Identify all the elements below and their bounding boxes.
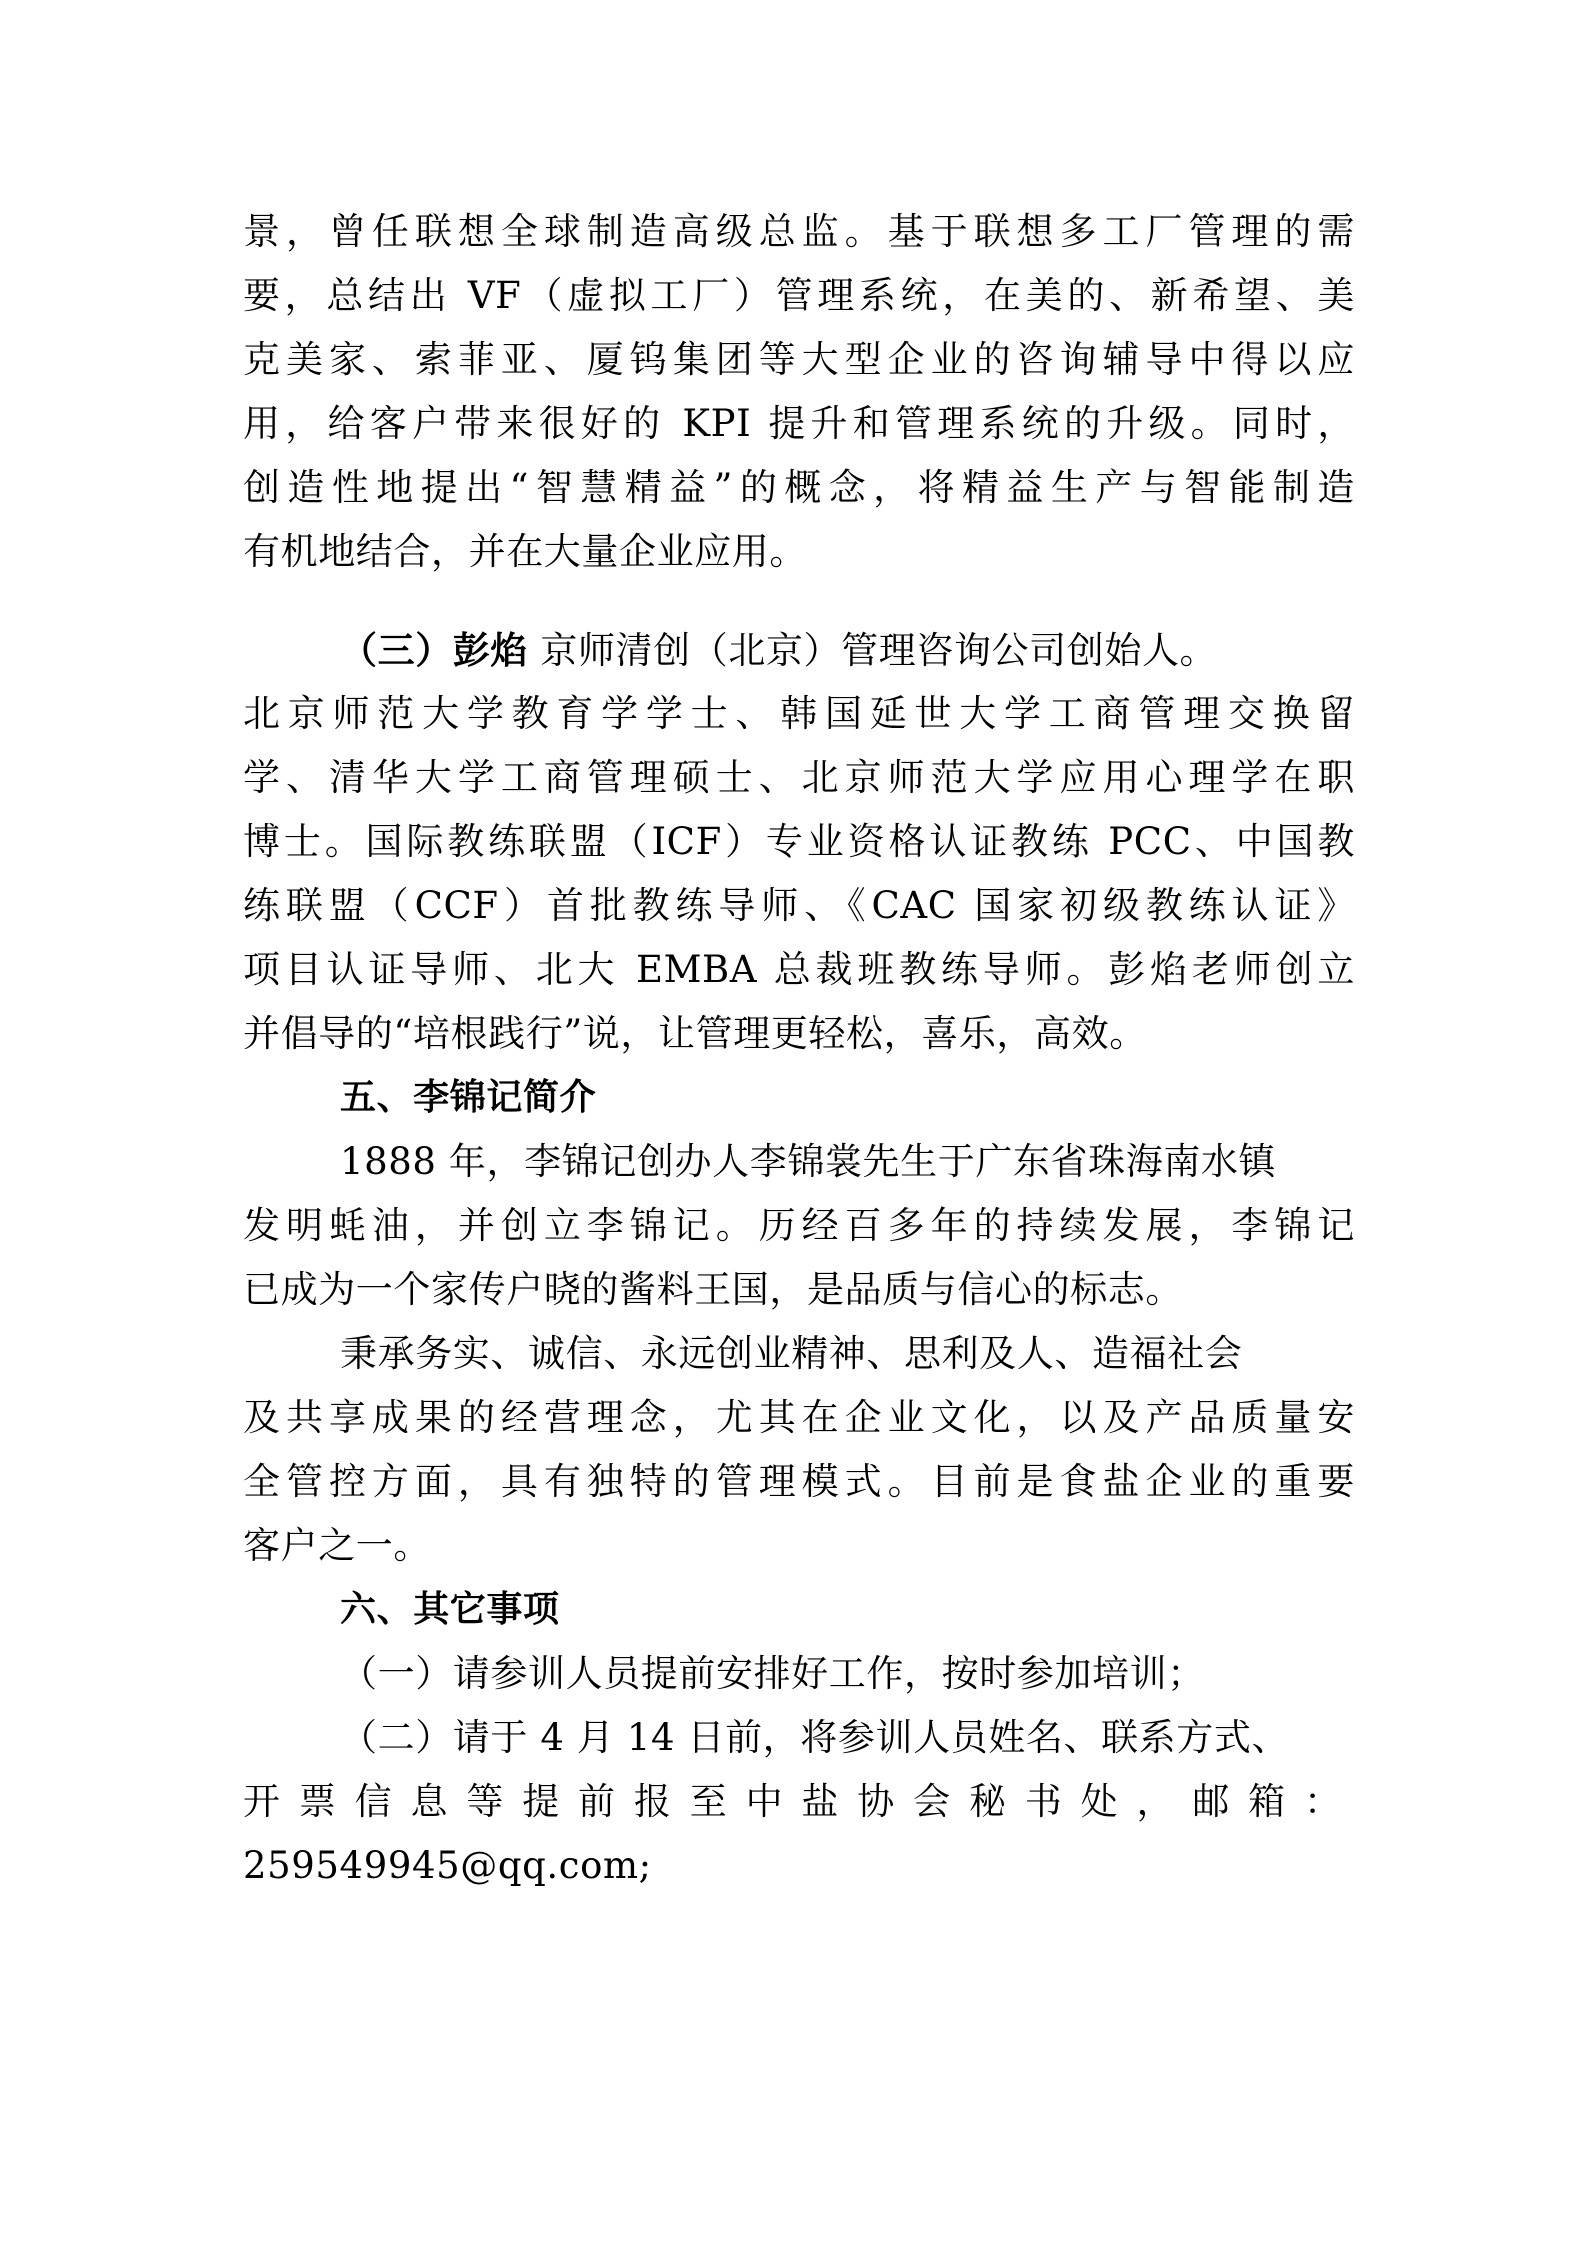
text-line: 客户之一。 [243, 1514, 1355, 1578]
list-item-registration: （二）请于 4 月 14 日前，将参训人员姓名、联系方式、 开票信息等提前报至中… [243, 1706, 1355, 1898]
paragraph-lee-kum-kee-history: 1888 年，李锦记创办人李锦裳先生于广东省珠海南水镇 发明蚝油，并创立李锦记。… [243, 1130, 1355, 1322]
text-line: 有机地结合，并在大量企业应用。 [243, 520, 1355, 584]
text-line: 并倡导的“培根践行”说，让管理更轻松，喜乐，高效。 [243, 1002, 1355, 1066]
text-line: （三）彭焰 京师清创（北京）管理咨询公司创始人。 [243, 618, 1355, 682]
text-line: 已成为一个家传户晓的酱料王国，是品质与信心的标志。 [243, 1258, 1355, 1322]
paragraph-instructor-3: （三）彭焰 京师清创（北京）管理咨询公司创始人。 北京师范大学教育学学士、韩国延… [243, 618, 1355, 1066]
text-line: 北京师范大学教育学学士、韩国延世大学工商管理交换留 [243, 682, 1355, 746]
text-line: 开票信息等提前报至中盐协会秘书处，邮箱： [243, 1770, 1355, 1834]
text-line: 创造性地提出“智慧精益”的概念，将精益生产与智能制造 [243, 456, 1355, 520]
text-line: 博士。国际教练联盟（ICF）专业资格认证教练 PCC、中国教 [243, 810, 1355, 874]
text-line: 学、清华大学工商管理硕士、北京师范大学应用心理学在职 [243, 746, 1355, 810]
text-line: 秉承务实、诚信、永远创业精神、思利及人、造福社会 [243, 1322, 1355, 1386]
list-item-arrange-work: （一）请参训人员提前安排好工作，按时参加培训； [243, 1642, 1355, 1706]
spacer [243, 584, 1355, 618]
section-heading-lee-kum-kee: 五、李锦记简介 [243, 1066, 1355, 1130]
text-line: 1888 年，李锦记创办人李锦裳先生于广东省珠海南水镇 [243, 1130, 1355, 1194]
paragraph-lee-kum-kee-philosophy: 秉承务实、诚信、永远创业精神、思利及人、造福社会 及共享成果的经营理念，尤其在企… [243, 1322, 1355, 1578]
text-line: 练联盟（CCF）首批教练导师、《CAC 国家初级教练认证》 [243, 874, 1355, 938]
section-heading-other-matters: 六、其它事项 [243, 1578, 1355, 1642]
text-line: 发明蚝油，并创立李锦记。历经百多年的持续发展，李锦记 [243, 1194, 1355, 1258]
text-line: 景，曾任联想全球制造高级总监。基于联想多工厂管理的需 [243, 200, 1355, 264]
instructor-name-label: （三）彭焰 [340, 628, 528, 672]
text-line: 用，给客户带来很好的 KPI 提升和管理系统的升级。同时， [243, 392, 1355, 456]
email-link[interactable]: 259549945@qq.com; [243, 1834, 1355, 1898]
text-line: 要，总结出 VF（虚拟工厂）管理系统，在美的、新希望、美 [243, 264, 1355, 328]
instructor-intro: 京师清创（北京）管理咨询公司创始人。 [528, 629, 1217, 672]
text-line: 全管控方面，具有独特的管理模式。目前是食盐企业的重要 [243, 1450, 1355, 1514]
document-page: 景，曾任联想全球制造高级总监。基于联想多工厂管理的需 要，总结出 VF（虚拟工厂… [243, 200, 1355, 1898]
text-line: 克美家、索菲亚、厦钨集团等大型企业的咨询辅导中得以应 [243, 328, 1355, 392]
text-line: （二）请于 4 月 14 日前，将参训人员姓名、联系方式、 [243, 1706, 1355, 1770]
text-line: 及共享成果的经营理念，尤其在企业文化，以及产品质量安 [243, 1386, 1355, 1450]
text-line: 项目认证导师、北大 EMBA 总裁班教练导师。彭焰老师创立 [243, 938, 1355, 1002]
paragraph-instructor-2-continuation: 景，曾任联想全球制造高级总监。基于联想多工厂管理的需 要，总结出 VF（虚拟工厂… [243, 200, 1355, 584]
